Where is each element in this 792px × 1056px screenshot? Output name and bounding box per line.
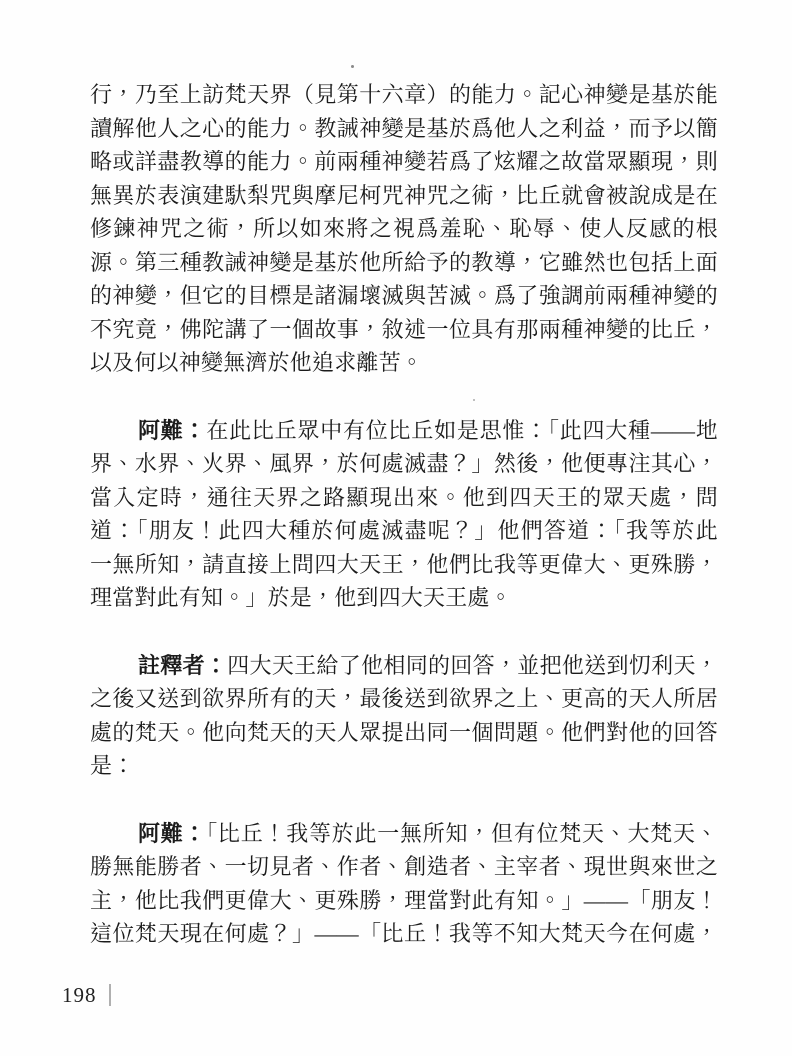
paragraph-ananda-1: 阿難：在此比丘眾中有位比丘如是思惟：「此四大種——地 界、水界、火界、風界，於何…: [90, 414, 718, 615]
text-line: 源。第三種教誡神變是基於他所給予的教導，它雖然也包括上面: [90, 246, 718, 280]
text-line: 阿難：在此比丘眾中有位比丘如是思惟：「此四大種——地: [90, 414, 718, 448]
text-run: 「比丘！我等於此一無所知，但有位梵天、大梵天、: [206, 821, 718, 846]
text-run: 在此比丘眾中有位比丘如是思惟：「此四大種——地: [206, 418, 718, 443]
page-number: 198: [62, 983, 97, 1008]
text-line: 行，乃至上訪梵天界（見第十六章）的能力。記心神變是基於能: [90, 78, 718, 112]
text-line: 的神變，但它的目標是諸漏壞滅與苦滅。爲了強調前兩種神變的: [90, 279, 718, 313]
text-line: 是：: [90, 749, 718, 783]
text-line: 略或詳盡教導的能力。前兩種神變若爲了炫耀之故當眾顯現，則: [90, 145, 718, 179]
text-line: 之後又送到欲界所有的天，最後送到欲界之上、更高的天人所居: [90, 682, 718, 716]
text-line: 不究竟，佛陀講了一個故事，敘述一位具有那兩種神變的比丘，: [90, 313, 718, 347]
text-line: 界、水界、火界、風界，於何處滅盡？」然後，他便專注其心，: [90, 447, 718, 481]
text-line: 阿難：「比丘！我等於此一無所知，但有位梵天、大梵天、: [90, 817, 718, 851]
speaker-label: 阿難：: [138, 418, 206, 443]
text-line: 理當對此有知。」於是，他到四大天王處。: [90, 581, 718, 615]
text-line: 以及何以神變無濟於他追求離苦。: [90, 346, 718, 380]
paragraph-commentator: 註釋者：四大天王給了他相同的回答，並把他送到忉利天， 之後又送到欲界所有的天，最…: [90, 649, 718, 783]
speaker-label: 阿難：: [138, 821, 206, 846]
text-line: 一無所知，請直接上問四大天王，他們比我等更偉大、更殊勝，: [90, 548, 718, 582]
text-line: 修鍊神咒之術，所以如來將之視爲羞恥、恥辱、使人反感的根: [90, 212, 718, 246]
text-line: 無異於表演建馱梨咒與摩尼柯咒神咒之術，比丘就會被說成是在: [90, 179, 718, 213]
speaker-label: 註釋者：: [138, 653, 227, 678]
text-line: 處的梵天。他向梵天的天人眾提出同一個問題。他們對他的回答: [90, 716, 718, 750]
text-line: 讀解他人之心的能力。教誡神變是基於爲他人之利益，而予以簡: [90, 112, 718, 146]
scan-speck: [351, 65, 354, 68]
text-run: 四大天王給了他相同的回答，並把他送到忉利天，: [227, 653, 718, 678]
text-line: 道：「朋友！此四大種於何處滅盡呢？」他們答道：「我等於此: [90, 514, 718, 548]
paragraph-ananda-2: 阿難：「比丘！我等於此一無所知，但有位梵天、大梵天、 勝無能勝者、一切見者、作者…: [90, 817, 718, 951]
text-line: 主，他比我們更偉大、更殊勝，理當對此有知。」——「朋友！: [90, 884, 718, 918]
text-line: 註釋者：四大天王給了他相同的回答，並把他送到忉利天，: [90, 649, 718, 683]
text-line: 勝無能勝者、一切見者、作者、創造者、主宰者、現世與來世之: [90, 850, 718, 884]
page-footer: 198: [62, 982, 111, 1008]
footer-divider: [109, 984, 111, 1006]
book-page: 行，乃至上訪梵天界（見第十六章）的能力。記心神變是基於能 讀解他人之心的能力。教…: [0, 0, 792, 1056]
paragraph-intro: 行，乃至上訪梵天界（見第十六章）的能力。記心神變是基於能 讀解他人之心的能力。教…: [90, 78, 718, 380]
text-line: 當入定時，通往天界之路顯現出來。他到四天王的眾天處，問: [90, 481, 718, 515]
text-block: 行，乃至上訪梵天界（見第十六章）的能力。記心神變是基於能 讀解他人之心的能力。教…: [90, 78, 718, 985]
text-line: 這位梵天現在何處？」——「比丘！我等不知大梵天今在何處，: [90, 917, 718, 951]
